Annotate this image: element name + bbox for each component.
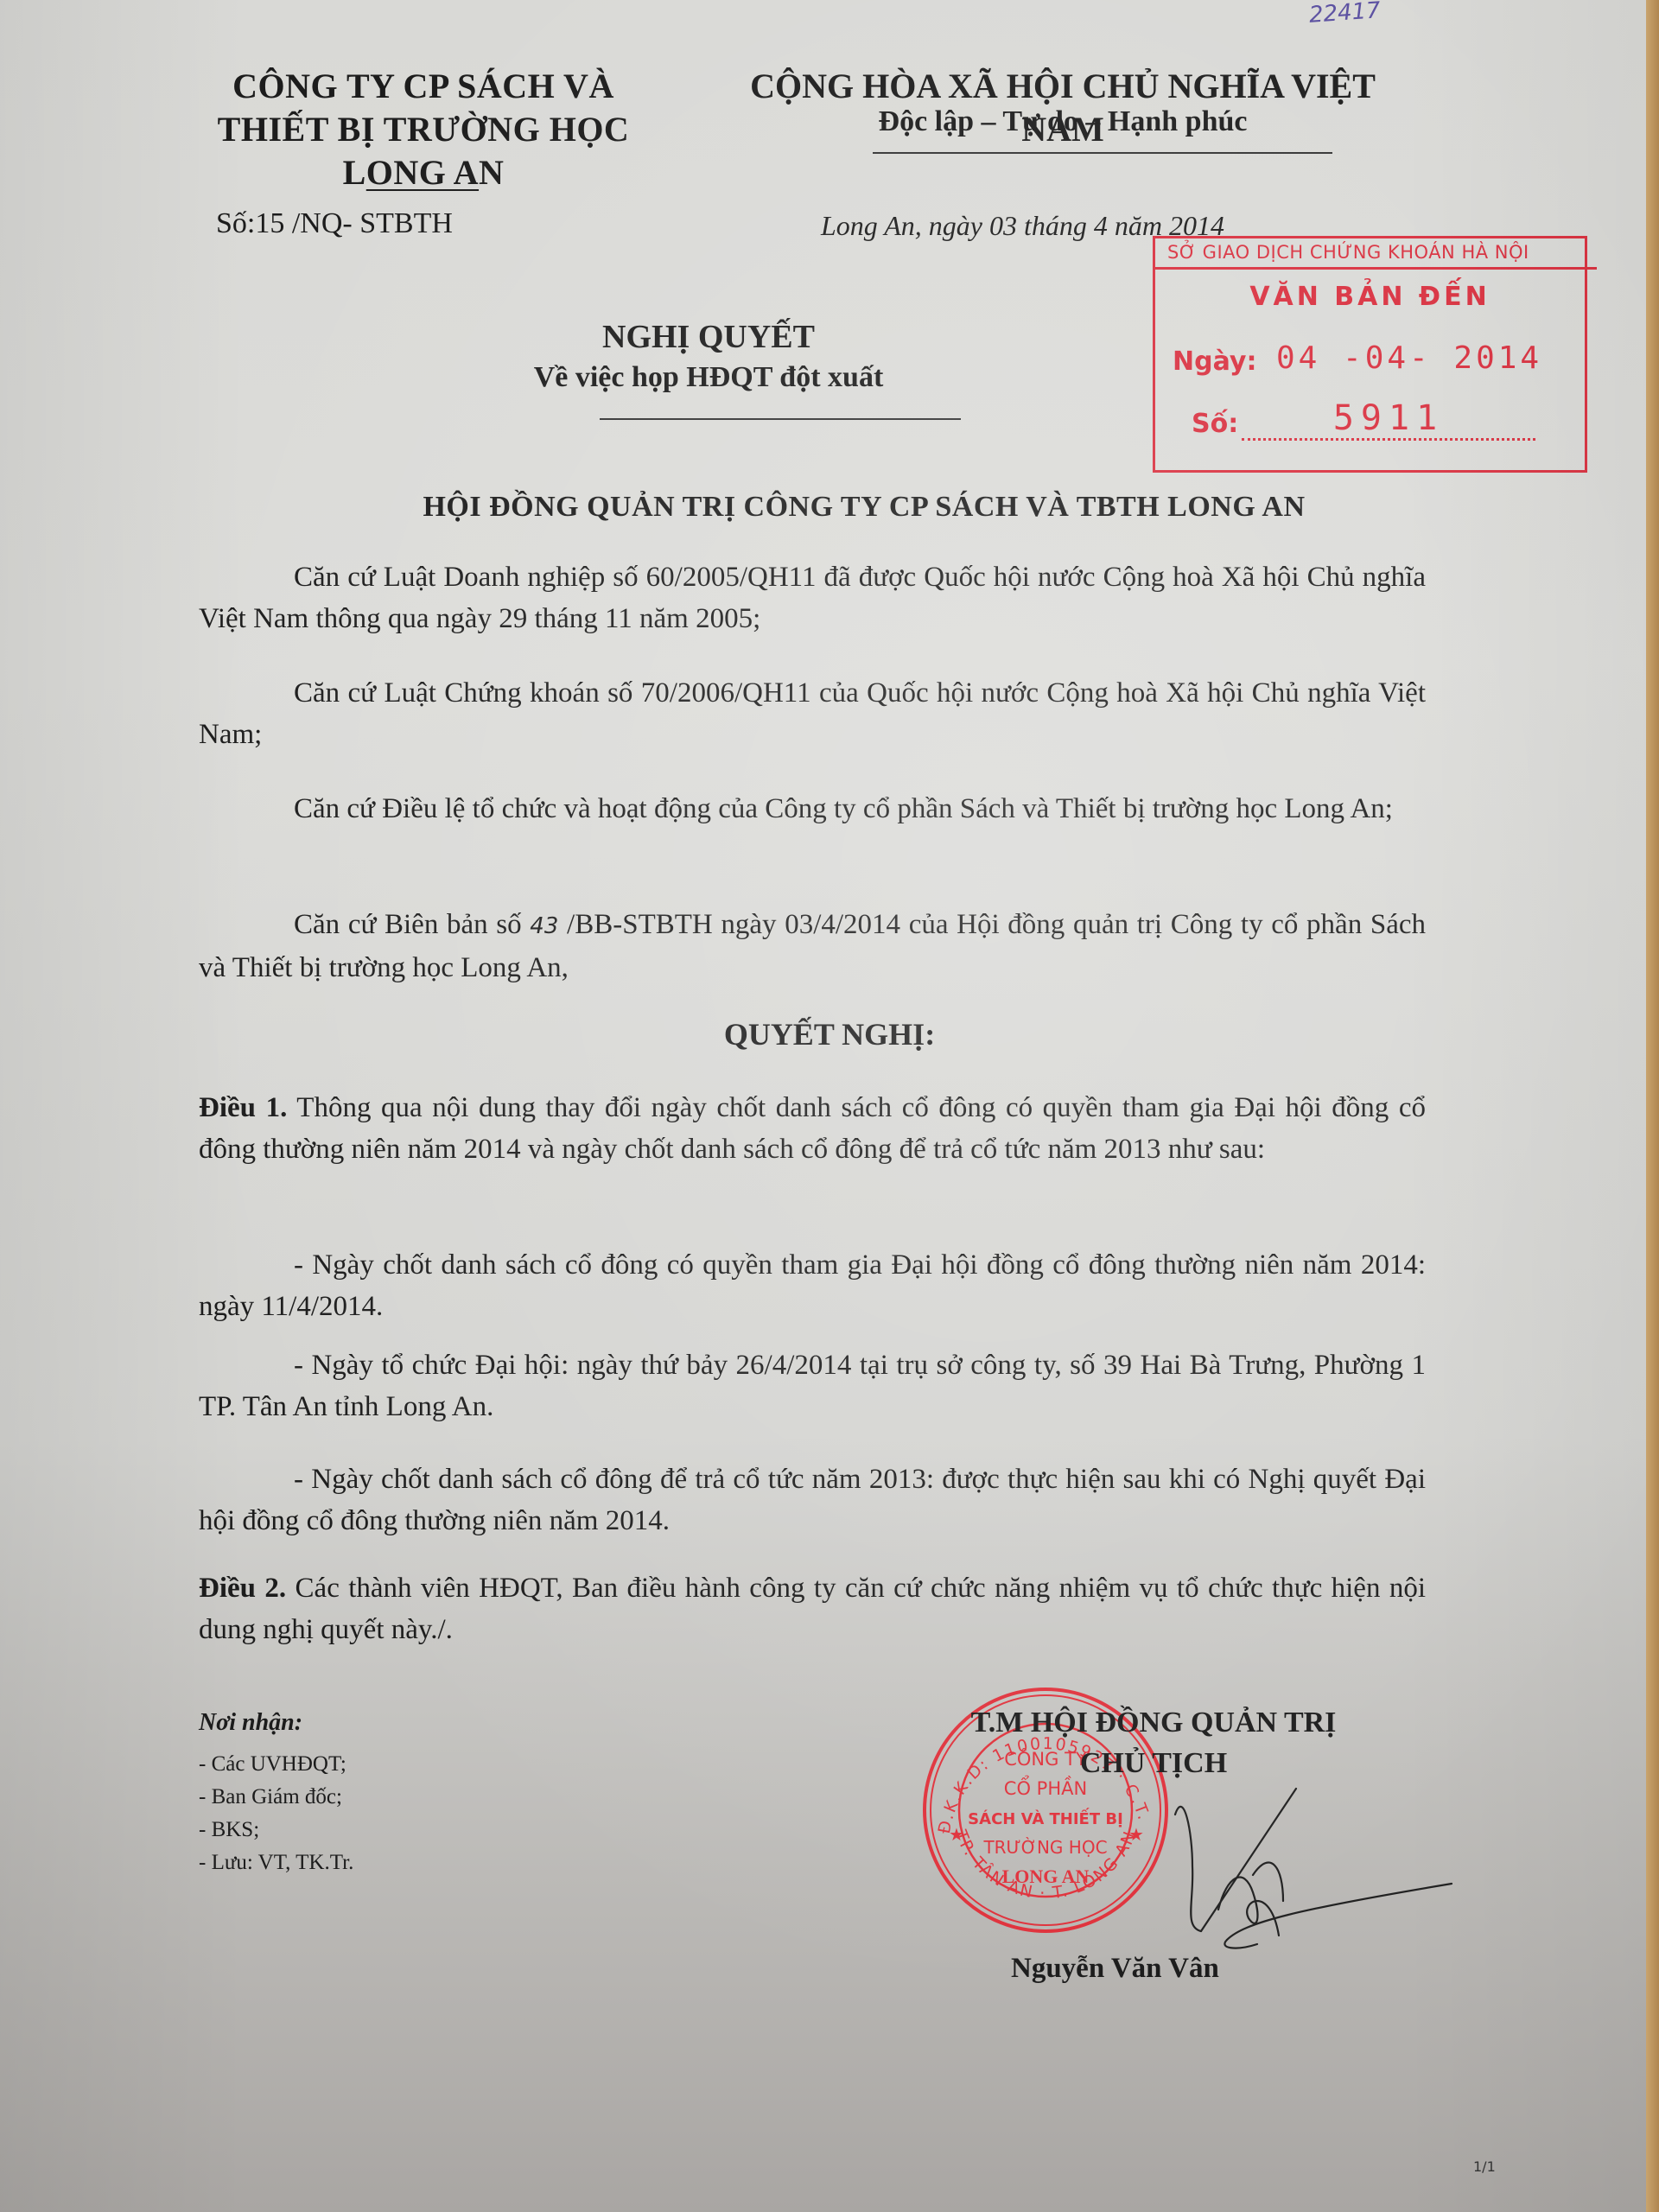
basis-text: Căn cứ Điều lệ tổ chức và hoạt động của … — [294, 793, 1393, 824]
resolve-heading: QUYẾT NGHỊ: — [570, 1016, 1089, 1052]
basis-text: Căn cứ Luật Chứng khoán số 70/2006/QH11 … — [199, 677, 1426, 750]
desk-surface — [1646, 0, 1659, 2212]
signatory-on-behalf: T.M HỘI ĐỒNG QUẢN TRỊ — [894, 1707, 1413, 1739]
recipient-item: - BKS; — [199, 1814, 353, 1847]
stamp-date-value: 04 -04- 2014 — [1276, 340, 1542, 376]
basis-text: Căn cứ Biên bản số — [294, 909, 530, 940]
handwritten-minutes-number: 43 — [530, 913, 558, 939]
company-line-3: LONG AN — [181, 151, 665, 194]
recipients-list: - Các UVHĐQT; - Ban Giám đốc; - BKS; - L… — [199, 1748, 353, 1879]
article-1-item-1: - Ngày chốt danh sách cổ đông có quyền t… — [199, 1244, 1426, 1327]
received-stamp: SỞ GIAO DỊCH CHỨNG KHOÁN HÀ NỘI VĂN BẢN … — [1153, 236, 1587, 473]
national-motto: Độc lập – Tự do – Hạnh phúc — [734, 105, 1391, 138]
article-label: Điều 1. — [199, 1092, 287, 1123]
item-text: - Ngày chốt danh sách cổ đông để trả cổ … — [199, 1464, 1426, 1536]
issuing-company: CÔNG TY CP SÁCH VÀ THIẾT BỊ TRƯỜNG HỌC L… — [181, 65, 665, 194]
stamp-number-value: 5911 — [1242, 398, 1535, 441]
article-1-item-3: - Ngày chốt danh sách cổ đông để trả cổ … — [199, 1459, 1426, 1541]
handwritten-note: 22417 — [1308, 0, 1382, 29]
signatory-name: Nguyễn Văn Vân — [1011, 1953, 1219, 1985]
motto-underline — [873, 152, 1332, 154]
item-text: - Ngày tổ chức Đại hội: ngày thứ bảy 26/… — [199, 1350, 1426, 1422]
article-text: Các thành viên HĐQT, Ban điều hành công … — [199, 1573, 1426, 1645]
document-number: Số:15 /NQ- STBTH — [216, 207, 453, 240]
basis-enterprise-law: Căn cứ Luật Doanh nghiệp số 60/2005/QH11… — [199, 556, 1426, 639]
basis-charter: Căn cứ Điều lệ tổ chức và hoạt động của … — [199, 788, 1426, 829]
signature-icon — [1071, 1780, 1469, 1953]
company-line-3-underlined: ONG A — [366, 153, 479, 192]
title-underline — [600, 418, 961, 420]
document-title: NGHỊ QUYẾT — [484, 318, 933, 356]
document-subject: Về việc họp HĐQT đột xuất — [415, 361, 1002, 394]
article-1-item-2: - Ngày tổ chức Đại hội: ngày thứ bảy 26/… — [199, 1344, 1426, 1427]
basis-text: Căn cứ Luật Doanh nghiệp số 60/2005/QH11… — [199, 562, 1426, 634]
company-line-1: CÔNG TY CP SÁCH VÀ — [181, 65, 665, 108]
signatory-role: CHỦ TỊCH — [894, 1747, 1413, 1780]
recipient-item: - Các UVHĐQT; — [199, 1748, 353, 1781]
page-number: 1/1 — [1473, 2158, 1496, 2175]
document-page: 22417 CÔNG TY CP SÁCH VÀ THIẾT BỊ TRƯỜNG… — [0, 0, 1646, 2212]
article-2: Điều 2. Các thành viên HĐQT, Ban điều hà… — [199, 1567, 1426, 1650]
company-line-3-post: N — [479, 153, 504, 192]
recipients-title: Nơi nhận: — [199, 1709, 302, 1737]
company-line-2: THIẾT BỊ TRƯỜNG HỌC — [181, 108, 665, 151]
board-heading: HỘI ĐỒNG QUẢN TRỊ CÔNG TY CP SÁCH VÀ TBT… — [311, 491, 1417, 524]
article-1: Điều 1. Thông qua nội dung thay đổi ngày… — [199, 1087, 1426, 1170]
stamp-date-label: Ngày: — [1173, 346, 1256, 377]
basis-minutes: Căn cứ Biên bản số 43 /BB-STBTH ngày 03/… — [199, 904, 1426, 988]
article-text: Thông qua nội dung thay đổi ngày chốt da… — [199, 1092, 1426, 1165]
recipient-item: - Lưu: VT, TK.Tr. — [199, 1847, 353, 1879]
recipient-item: - Ban Giám đốc; — [199, 1781, 353, 1814]
stamp-number-label: Số: — [1192, 409, 1238, 439]
article-label: Điều 2. — [199, 1573, 286, 1604]
company-line-3-pre: L — [343, 153, 366, 192]
item-text: - Ngày chốt danh sách cổ đông có quyền t… — [199, 1249, 1426, 1322]
basis-securities-law: Căn cứ Luật Chứng khoán số 70/2006/QH11 … — [199, 672, 1426, 755]
stamp-organization: SỞ GIAO DỊCH CHỨNG KHOÁN HÀ NỘI — [1155, 238, 1597, 270]
svg-text:★: ★ — [949, 1826, 964, 1845]
stamp-title: VĂN BẢN ĐẾN — [1155, 282, 1585, 312]
